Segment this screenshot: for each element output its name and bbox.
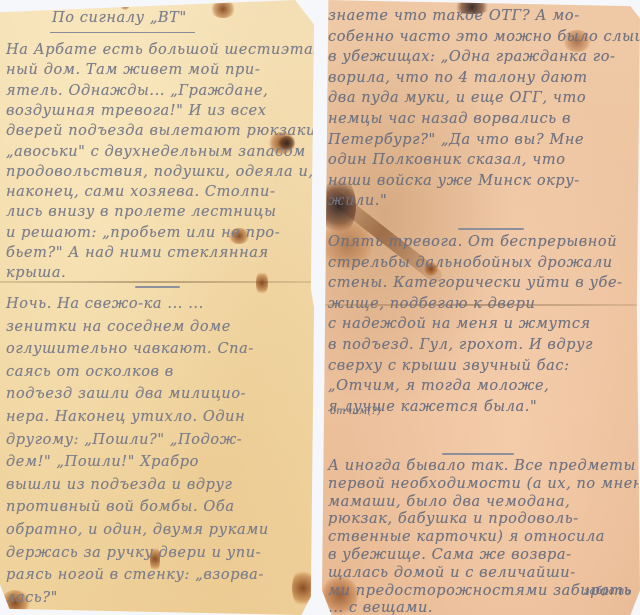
handwritten-line: „авоськи" с двухнедельным запасом bbox=[0, 142, 314, 162]
correction-note: забрать bbox=[584, 582, 640, 602]
handwritten-line: „Отчим, я тогда моложе, bbox=[322, 376, 640, 396]
handwritten-line: стрельбы дальнобойных дрожали bbox=[322, 253, 640, 273]
handwritten-line: лись внизу в пролете лестницы bbox=[0, 202, 314, 222]
handwritten-line: стены. Категорически уйти в убе- bbox=[322, 273, 640, 293]
handwritten-line: противный вой бомбы. Оба bbox=[0, 497, 314, 517]
handwritten-line: воздушная тревога!" И из всех bbox=[0, 101, 314, 121]
handwritten-line: в подъезд. Гул, грохот. И вдруг bbox=[322, 335, 640, 355]
handwritten-line: зенитки на соседнем доме bbox=[0, 317, 314, 337]
handwritten-line: лась?" bbox=[0, 588, 314, 608]
handwritten-line: продовольствия, подушки, одеяла и, bbox=[0, 162, 314, 182]
handwritten-line: два пуда муки, и еще ОГГ, что bbox=[322, 88, 640, 108]
handwritten-line: жище, подбегаю к двери bbox=[322, 294, 640, 314]
handwritten-line: Ночь. На свежо-ка ... ... bbox=[0, 294, 314, 314]
handwritten-line: собенно часто это можно было слышать bbox=[322, 27, 640, 47]
handwritten-line: вышли из подъезда и вдруг bbox=[0, 475, 314, 495]
handwritten-line: Петербург?" „Да что вы? Мне bbox=[322, 130, 640, 150]
handwritten-line: и решают: „пробьет или не про- bbox=[0, 223, 314, 243]
handwritten-line: наши войска уже Минск окру- bbox=[322, 171, 640, 191]
handwritten-line: немцы час назад ворвались в bbox=[322, 109, 640, 129]
section-divider bbox=[135, 286, 180, 288]
handwritten-line: ятель. Однажды... „Граждане, bbox=[0, 81, 314, 101]
handwritten-line: бьет?" А над ними стеклянная bbox=[0, 243, 314, 263]
handwritten-line: раясь ногой в стенку: „взорва- bbox=[0, 565, 314, 585]
left-page: По сигналу „ВТ" На Арбате есть большой ш… bbox=[0, 0, 314, 615]
right-page: знаете что такое ОТГ? А мо-собенно часто… bbox=[322, 0, 640, 615]
handwritten-line: ворила, что по 4 талону дают bbox=[322, 68, 640, 88]
handwritten-line: наконец, сами хозяева. Столпи- bbox=[0, 182, 314, 202]
title-underline bbox=[50, 32, 195, 33]
right-page-text: знаете что такое ОТГ? А мо-собенно часто… bbox=[322, 0, 640, 615]
section-divider bbox=[458, 228, 524, 230]
handwritten-line: крыша. bbox=[0, 263, 314, 283]
handwritten-line: дем!" „Пошли!" Храбро bbox=[0, 452, 314, 472]
handwritten-line: оглушительно чавкают. Спа- bbox=[0, 339, 314, 359]
handwritten-line: подъезд зашли два милицио- bbox=[0, 384, 314, 404]
handwritten-line: держась за ручку двери и упи- bbox=[0, 543, 314, 563]
section-divider bbox=[442, 453, 514, 455]
left-page-text: По сигналу „ВТ" На Арбате есть большой ш… bbox=[0, 0, 314, 615]
handwritten-line: сверху с крыши звучный бас: bbox=[322, 356, 640, 376]
handwritten-line: один Полковник сказал, что bbox=[322, 150, 640, 170]
margin-annotation: отчим(?) bbox=[322, 402, 640, 422]
handwritten-line: обратно, и один, двумя руками bbox=[0, 520, 314, 540]
handwritten-line: На Арбате есть большой шестиэтаж- bbox=[0, 40, 314, 60]
handwritten-line: с надеждой на меня и жмутся bbox=[322, 314, 640, 334]
handwritten-line: ный дом. Там живет мой при- bbox=[0, 60, 314, 80]
handwritten-line: дверей подъезда вылетают рюкзаки bbox=[0, 121, 314, 141]
handwritten-line: саясь от осколков в bbox=[0, 362, 314, 382]
handwritten-line: нера. Наконец утихло. Один bbox=[0, 407, 314, 427]
handwritten-line: жили." bbox=[322, 191, 640, 211]
handwritten-line: Опять тревога. От беспрерывной bbox=[322, 232, 640, 252]
handwritten-line: другому: „Пошли?" „Подож- bbox=[0, 430, 314, 450]
handwritten-line: в убежищах: „Одна гражданка го- bbox=[322, 47, 640, 67]
memoir-title: По сигналу „ВТ" bbox=[0, 8, 314, 28]
handwritten-line: знаете что такое ОТГ? А мо- bbox=[322, 6, 640, 26]
